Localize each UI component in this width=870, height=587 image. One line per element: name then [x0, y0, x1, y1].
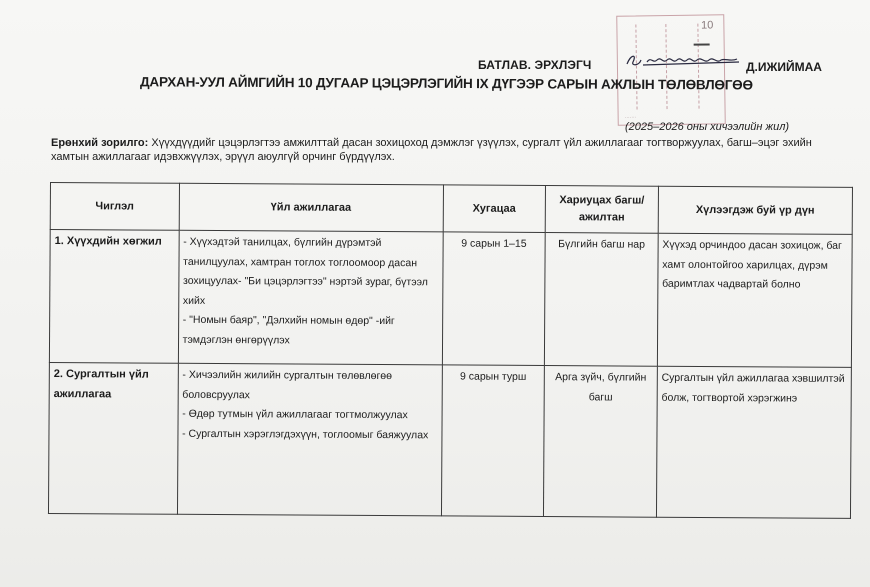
- approver-name: Д.ИЖИЙМАА: [746, 60, 822, 74]
- approval-label: БАТЛАВ. ЭРХЛЭГЧ: [478, 58, 591, 72]
- activity-item: - Хүүхэдтэй танилцах, бүлгийн дүрэмтэй т…: [183, 233, 438, 313]
- cell-duration: 9 сарын турш: [441, 365, 545, 517]
- header-expected-result: Хүлээгдэж буй үр дүн: [658, 186, 853, 234]
- table-row: 2. Сургалтын үйл ажиллагаа - Хичээлийн ж…: [48, 362, 851, 518]
- activity-item: - Өдөр тутмын үйл ажиллагааг тогтмолжуул…: [182, 405, 437, 426]
- activity-item: - Хичээлийн жилийн сургалтын төлөвлөгөө …: [182, 366, 437, 407]
- cell-direction: 1. Хүүхдийн хөгжил: [49, 230, 178, 364]
- document-title: ДАРХАН-УУЛ АЙМГИЙН 10 ДУГААР ЦЭЦЭРЛЭГИЙН…: [140, 74, 780, 92]
- general-goal: Ерөнхий зорилго: Хүүхдүүдийг цэцэрлэгтээ…: [51, 137, 841, 164]
- cell-activities: - Хүүхэдтэй танилцах, бүлгийн дүрэмтэй т…: [178, 230, 443, 365]
- document-page: БАТЛАВ. ЭРХЛЭГЧ 10 ······· Д.ИЖИЙМАА ДАР…: [0, 0, 870, 587]
- table-header-row: Чиглэл Үйл ажиллагаа Хугацаа Хариуцах ба…: [50, 183, 852, 235]
- cell-responsible: Бүлгийн багш нар: [545, 233, 658, 367]
- cell-duration: 9 сарын 1–15: [442, 232, 545, 366]
- stamp-number: 10: [701, 19, 713, 31]
- activity-item: - Сургалтын хэрэглэгдэхүүн, тоглоомыг ба…: [182, 424, 437, 445]
- cell-direction: 2. Сургалтын үйл ажиллагаа: [48, 362, 178, 514]
- table-row: 1. Хүүхдийн хөгжил - Хүүхэдтэй танилцах,…: [49, 230, 852, 368]
- approval-stamp: 10 ·······: [616, 14, 726, 125]
- work-plan-table: Чиглэл Үйл ажиллагаа Хугацаа Хариуцах ба…: [48, 182, 853, 519]
- header-direction: Чиглэл: [50, 183, 179, 231]
- header-duration: Хугацаа: [443, 185, 546, 233]
- activity-item: - "Номын баяр", "Дэлхийн номын өдөр" -ий…: [183, 311, 438, 352]
- cell-expected-result: Хүүхэд орчиндоо дасан зохицож, баг хамт …: [657, 233, 852, 367]
- school-year: (2025–2026 оны хичээлийн жил): [625, 121, 789, 133]
- goal-label: Ерөнхий зорилго:: [51, 137, 148, 149]
- header-responsible: Хариуцах багш/ажилтан: [545, 186, 658, 234]
- cell-activities: - Хичээлийн жилийн сургалтын төлөвлөгөө …: [177, 363, 442, 516]
- signature-icon: [623, 50, 743, 70]
- cell-expected-result: Сургалтын үйл ажиллагаа хэвшилтэй болж, …: [656, 366, 851, 518]
- cell-responsible: Арга зүйч, бүлгийн багш: [544, 366, 658, 518]
- header-activities: Үйл ажиллагаа: [179, 183, 443, 232]
- goal-text: Хүүхдүүдийг цэцэрлэгтээ амжилттай дасан …: [51, 137, 812, 163]
